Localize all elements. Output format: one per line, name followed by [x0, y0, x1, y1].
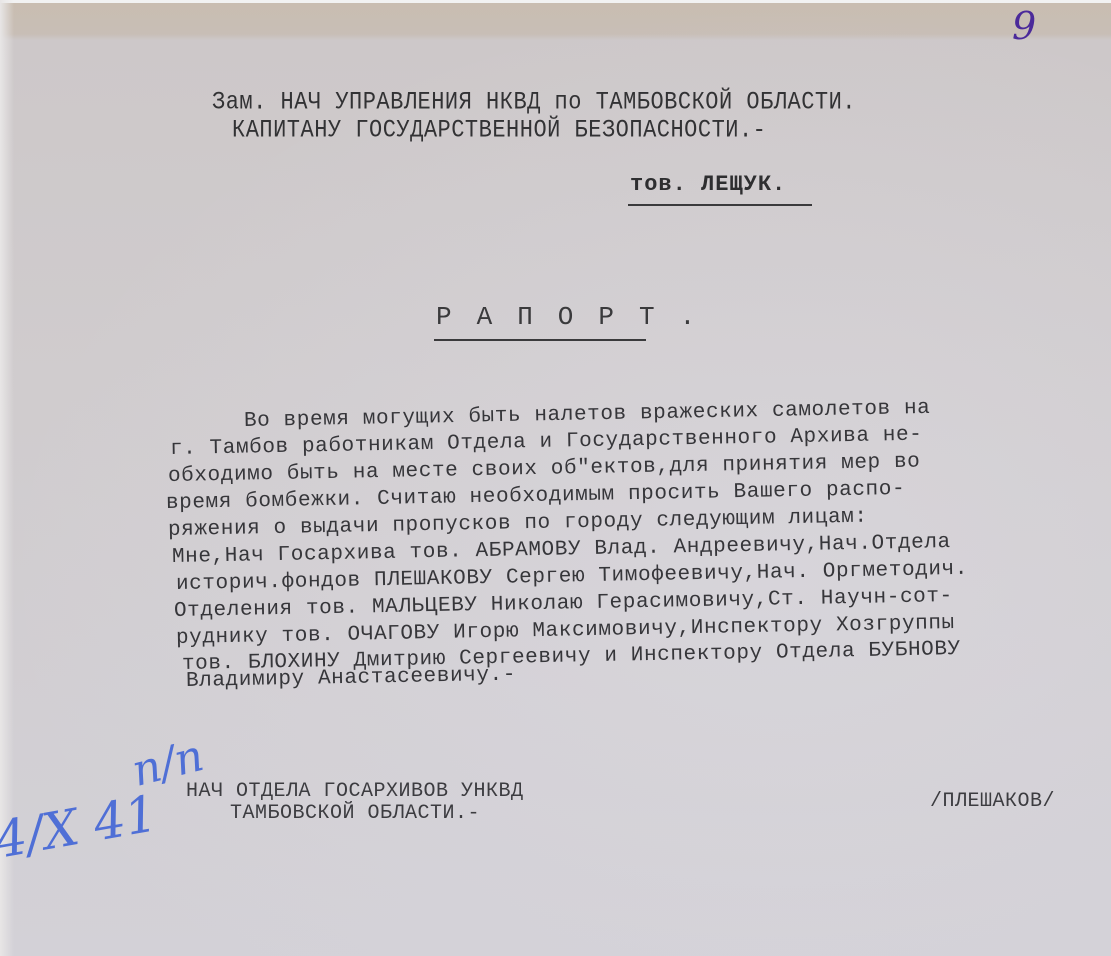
handwritten-page-number: 9 — [1012, 4, 1036, 48]
addressee-line-2: КАПИТАНУ ГОСУДАРСТВЕННОЙ БЕЗОПАСНОСТИ.- — [232, 116, 766, 145]
archival-document-page: 9 Зам. НАЧ УПРАВЛЕНИЯ НКВД по ТАМБОВСКОЙ… — [0, 0, 1111, 956]
addressee-line-1: Зам. НАЧ УПРАВЛЕНИЯ НКВД по ТАМБОВСКОЙ О… — [212, 88, 856, 117]
body-line: Владимиру Анастасеевичу.- — [186, 664, 516, 693]
recipient-name: тов. ЛЕЩУК. — [630, 172, 786, 197]
document-title: РАПОРТ. — [436, 302, 720, 332]
title-underline — [434, 339, 646, 341]
handwritten-date: 4/X 41 — [0, 784, 162, 870]
signature-title-line-1: НАЧ ОТДЕЛА ГОСАРХИВОВ УНКВД — [186, 780, 524, 803]
scan-top-edge — [0, 0, 1111, 3]
signatory-name: /ПЛЕШАКОВ/ — [930, 790, 1055, 813]
signature-title-line-2: ТАМБОВСКОЙ ОБЛАСТИ.- — [230, 802, 480, 825]
recipient-underline — [628, 204, 812, 206]
